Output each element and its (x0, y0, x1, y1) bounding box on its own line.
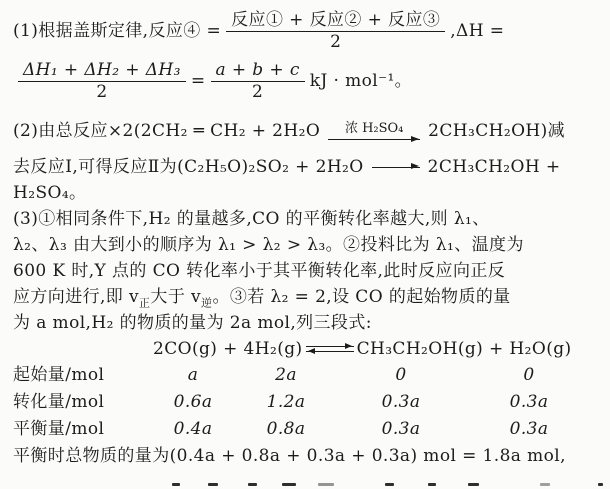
line-p3-3: 600 K 时,Y 点的 CO 转化率小于其平衡转化率,此时反应向正反 (13, 258, 600, 284)
textbook-answer-page: (1)根据盖斯定律,反应④ = 反应① + 反应② + 反应③ 2 ,ΔH = … (0, 0, 610, 469)
cell-h2: 1.2a (239, 389, 333, 416)
equation-right-side: CH₃CH₂OH(g) + H₂O(g) (357, 336, 572, 362)
table-row-equilibrium: 平衡量/mol 0.4a 0.8a 0.3a 0.3a (13, 416, 600, 443)
cell-co: 0.6a (147, 389, 239, 416)
clipped-glyph-mark (385, 483, 394, 486)
fraction-numerator: a + b + c (211, 60, 305, 82)
reaction-condition-arrow: 浓 H₂SO₄ (328, 122, 420, 140)
fraction-numerator: 反应① + 反应② + 反应③ (226, 10, 445, 32)
fraction-denominator: 2 (211, 82, 305, 102)
reactions-sum-fraction: 反应① + 反应② + 反应③ 2 (226, 10, 445, 53)
clipped-glyph-mark (540, 483, 550, 486)
cell-co: 0.4a (147, 416, 239, 443)
p3-text: 600 K 时,Y 点的 CO 转化率小于其平衡转化率,此时反应向正反 (13, 258, 505, 284)
line-p3-4: 应方向进行,即 v正 大于 v逆。③若 λ₂ = 2,设 CO 的起始物质的量 (13, 284, 600, 310)
p3-text: 为 a mol,H₂ 的物质的量为 2a mol,列三段式: (13, 310, 372, 336)
clipped-glyph-mark (428, 483, 436, 486)
p3-text: 应方向进行,即 v (13, 284, 139, 310)
cell-h2: 2a (239, 362, 333, 389)
row-label: 起始量/mol (13, 362, 147, 389)
cell-co: a (147, 362, 239, 389)
line-h2so4: H₂SO₄。 (13, 180, 600, 206)
unit-text: kJ · mol⁻¹。 (310, 68, 412, 94)
line-reaction-ii: 去反应Ⅰ,可得反应Ⅱ为(C₂H₅O)₂SO₂ + 2H₂O2CH₃CH₂OH + (13, 154, 600, 180)
line-p3-1: (3)①相同条件下,H₂ 的量越多,CO 的平衡转化率越大,则 λ₁、 (13, 206, 600, 232)
clipped-glyph-mark (208, 483, 218, 486)
clipped-glyph-mark (468, 483, 479, 486)
clipped-glyph-mark (282, 483, 296, 486)
clipped-glyph-mark (318, 483, 334, 486)
row-label: 转化量/mol (13, 389, 147, 416)
line-delta-h-equation: ΔH₁ + ΔH₂ + ΔH₃ 2 = a + b + c 2 kJ · mol… (13, 54, 600, 108)
delta-h-fraction: ΔH₁ + ΔH₂ + ΔH₃ 2 (18, 60, 186, 103)
v-reverse-subscript: 逆 (201, 296, 212, 309)
p3-text: 大于 v (150, 284, 201, 310)
equation-left-side: 2CO(g) + 4H₂(g) (153, 336, 303, 362)
p3-text: (3)①相同条件下,H₂ 的量越多,CO 的平衡转化率越大,则 λ₁、 (13, 206, 490, 232)
cell-water: 0 (469, 362, 589, 389)
cell-ethanol: 0 (333, 362, 469, 389)
p2-line2-text: 去反应Ⅰ,可得反应Ⅱ为(C₂H₅O)₂SO₂ + 2H₂O (13, 154, 364, 180)
clipped-next-line-artifact (0, 481, 610, 489)
p2-line2-product: 2CH₃CH₂OH + (428, 154, 561, 180)
table-row-change: 转化量/mol 0.6a 1.2a 0.3a 0.3a (13, 389, 600, 416)
cell-ethanol: 0.3a (333, 389, 469, 416)
p1-lead-text: (1)根据盖斯定律,反应④ = (13, 18, 221, 44)
line-hess-law: (1)根据盖斯定律,反应④ = 反应① + 反应② + 反应③ 2 ,ΔH = (13, 8, 600, 54)
right-arrow-icon (328, 139, 420, 140)
cell-water: 0.3a (469, 416, 589, 443)
fraction-denominator: 2 (226, 32, 445, 52)
clipped-glyph-mark (598, 483, 603, 486)
p2-product-text: 2CH₃CH₂OH)减 (428, 118, 565, 144)
v-forward-subscript: 正 (139, 296, 150, 309)
cell-water: 0.3a (469, 389, 589, 416)
p2-lead-text: (2)由总反应×2(2CH₂ ═ CH₂ + 2H₂O (13, 118, 320, 144)
fraction-numerator: ΔH₁ + ΔH₂ + ΔH₃ (18, 60, 186, 82)
abc-fraction: a + b + c 2 (211, 60, 305, 103)
p3-text: λ₂、λ₃ 由大到小的顺序为 λ₁ > λ₂ > λ₃。②投料比为 λ₁、温度为 (13, 232, 524, 258)
cell-h2: 0.8a (239, 416, 333, 443)
line-p3-2: λ₂、λ₃ 由大到小的顺序为 λ₁ > λ₂ > λ₃。②投料比为 λ₁、温度为 (13, 232, 600, 258)
row-label: 平衡量/mol (13, 416, 147, 443)
clipped-glyph-mark (248, 483, 257, 486)
table-row-initial: 起始量/mol a 2a 0 0 (13, 362, 600, 389)
p1-mid-text: ,ΔH = (450, 18, 504, 44)
p3-text: 。③若 λ₂ = 2,设 CO 的起始物质的量 (212, 284, 510, 310)
closing-text: 平衡时总物质的量为(0.4a + 0.8a + 0.3a + 0.3a) mol… (13, 443, 566, 469)
line-total-moles: 平衡时总物质的量为(0.4a + 0.8a + 0.3a + 0.3a) mol… (13, 443, 600, 469)
right-arrow-icon (372, 167, 420, 168)
clipped-glyph-mark (172, 483, 180, 486)
line-overall-reaction: (2)由总反应×2(2CH₂ ═ CH₂ + 2H₂O 浓 H₂SO₄ 2CH₃… (13, 108, 600, 154)
equilibrium-arrow-icon (306, 342, 354, 355)
line-chem-equation: 2CO(g) + 4H₂(g)CH₃CH₂OH(g) + H₂O(g) (153, 336, 600, 362)
equals-sign: = (191, 68, 206, 94)
p2-line3-text: H₂SO₄。 (13, 180, 86, 206)
fraction-denominator: 2 (18, 82, 186, 102)
cell-ethanol: 0.3a (333, 416, 469, 443)
catalyst-label: 浓 H₂SO₄ (345, 122, 403, 136)
line-p3-5: 为 a mol,H₂ 的物质的量为 2a mol,列三段式: (13, 310, 600, 336)
